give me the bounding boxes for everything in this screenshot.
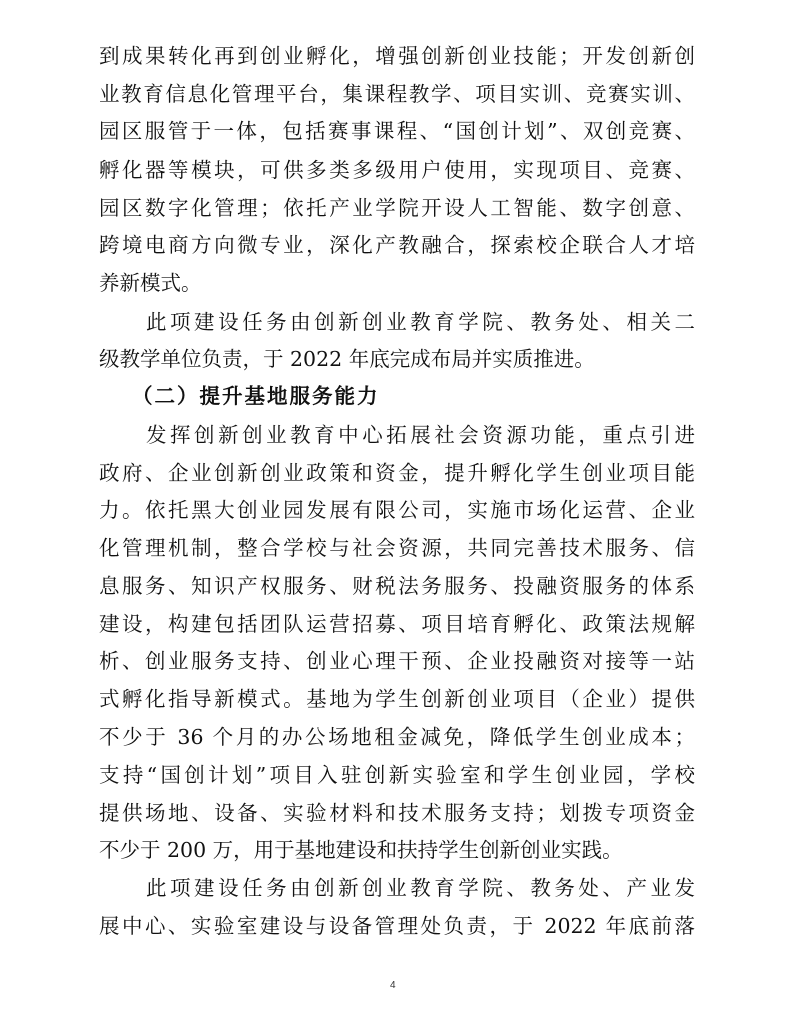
paragraph-line: 孵化器等模块，可供多类多级用户使用，实现项目、竞赛、	[99, 155, 695, 185]
paragraph-line: 养新模式。	[99, 268, 695, 298]
paragraph-line: 支持“国创计划”项目入驻创新实验室和学生创业园，学校	[99, 760, 695, 790]
paragraph-line: 园区数字化管理；依托产业学院开设人工智能、数字创意、	[99, 193, 695, 223]
paragraph-line: 提供场地、设备、实验材料和技术服务支持；划拨专项资金	[99, 798, 695, 828]
paragraph-line: 式孵化指导新模式。基地为学生创新创业项目（企业）提供	[99, 684, 695, 714]
paragraph-line: 跨境电商方向微专业，深化产教融合，探索校企联合人才培	[99, 230, 695, 260]
paragraph-line: 到成果转化再到创业孵化，增强创新创业技能；开发创新创	[99, 41, 695, 71]
paragraph-line: 不少于 200 万，用于基地建设和扶持学生创新创业实践。	[99, 835, 695, 865]
paragraph-line: 建设，构建包括团队运营招募、项目培育孵化、政策法规解	[99, 609, 695, 639]
section-heading: （二）提升基地服务能力	[132, 381, 380, 411]
paragraph-line: 业教育信息化管理平台，集课程教学、项目实训、竞赛实训、	[99, 79, 695, 109]
paragraph-line: 此项建设任务由创新创业教育学院、教务处、相关二	[146, 307, 695, 337]
paragraph-line: 析、创业服务支持、创业心理干预、企业投融资对接等一站	[99, 646, 695, 676]
paragraph-line: 力。依托黑大创业园发展有限公司，实施市场化运营、企业	[99, 495, 695, 525]
paragraph-line: 化管理机制，整合学校与社会资源，共同完善技术服务、信	[99, 533, 695, 563]
paragraph-line: 政府、企业创新创业政策和资金，提升孵化学生创业项目能	[99, 458, 695, 488]
paragraph-line: 展中心、实验室建设与设备管理处负责，于 2022 年底前落	[99, 911, 695, 941]
paragraph-line: 发挥创新创业教育中心拓展社会资源功能，重点引进	[146, 420, 695, 450]
page-number: 4	[390, 980, 396, 991]
paragraph-line: 息服务、知识产权服务、财税法务服务、投融资服务的体系	[99, 571, 695, 601]
paragraph-line: 级教学单位负责，于 2022 年底完成布局并实质推进。	[99, 344, 695, 374]
paragraph-line: 不少于 36 个月的办公场地租金减免，降低学生创业成本；	[99, 722, 695, 752]
document-page: 到成果转化再到创业孵化，增强创新创业技能；开发创新创 业教育信息化管理平台，集课…	[0, 0, 793, 1014]
paragraph-line: 园区服管于一体，包括赛事课程、“国创计划”、双创竞赛、	[99, 116, 695, 146]
paragraph-line: 此项建设任务由创新创业教育学院、教务处、产业发	[146, 873, 695, 903]
